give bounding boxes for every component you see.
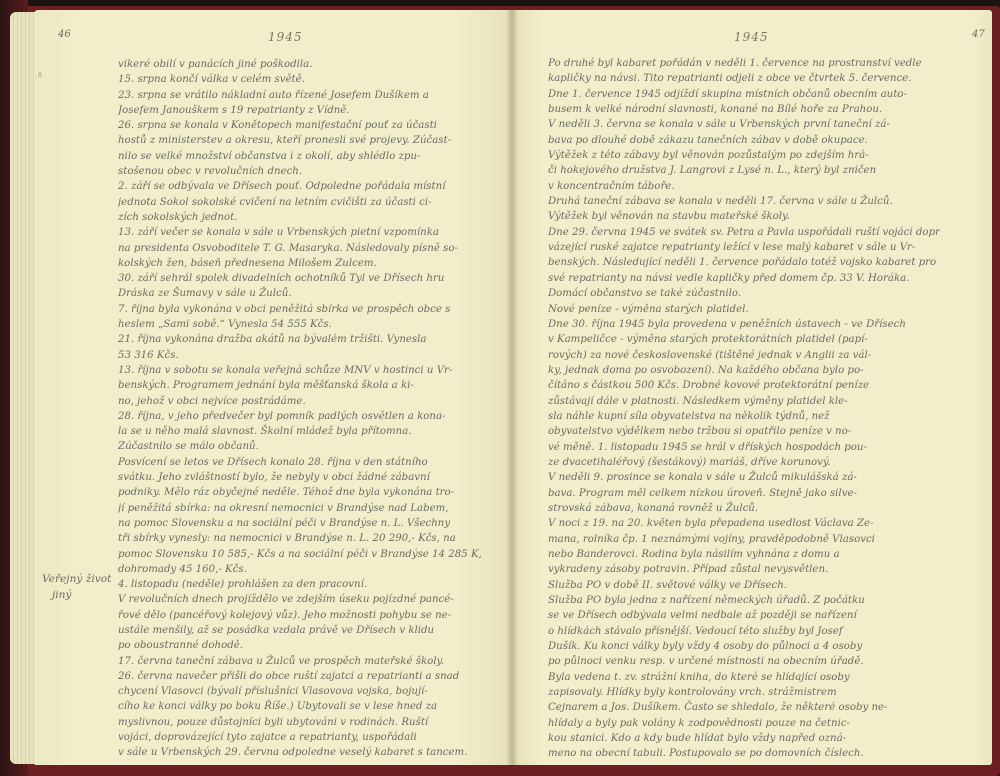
text-line: Po druhé byl kabaret pořádán v neděli 1.… [548, 56, 940, 71]
text-line: Zúčastnilo se málo občanů. [118, 439, 510, 454]
text-line: Posvícení se letos ve Dřísech konalo 28.… [118, 455, 510, 470]
text-line: v sále u Vrbenských 29. června odpoledne… [118, 745, 510, 760]
text-line: Byla vedena t. zv. strážní kniha, do kte… [548, 670, 940, 685]
text-line: kapličky na návsi. Tito repatrianti odje… [548, 71, 940, 86]
text-line: myslivnou, pouze důstojníci byli ubytová… [118, 715, 510, 730]
text-line: Dráska ze Šumavy v sále u Žulců. [118, 286, 510, 301]
text-line: hostů z ministerstev a okresu, kteří pro… [118, 133, 510, 148]
text-line: ze dvacetihaléřový (šestákový) mariáš, d… [548, 455, 940, 470]
text-line: Služba PO byla jedna z nařízení německýc… [548, 593, 940, 608]
right-page-year: 1945 [734, 30, 769, 44]
margin-note-line: Veřejný život [42, 571, 111, 587]
text-line: Výtěžek z této zábavy byl věnován pozůst… [548, 148, 940, 163]
text-line: ky, jednak doma po osvobození). Na každé… [548, 363, 940, 378]
text-line: na presidenta Osvoboditele T. G. Masaryk… [118, 241, 510, 256]
text-line: vykradeny zásoby potravin. Případ zůstal… [548, 562, 940, 577]
left-page: 46 1945 8 vikeré obilí v panácích jiné p… [34, 10, 512, 765]
text-line: busem k velké národní slavnosti, konané … [548, 102, 940, 117]
text-line: 30. září sehrál spolek divadelních ochot… [118, 271, 510, 286]
text-line: podniky. Mělo ráz obyčejné neděle. Téhož… [118, 485, 510, 500]
text-line: Druhá taneční zábava se konala v neděli … [548, 194, 940, 209]
text-line: v Kampeličce - výměna starých protektorá… [548, 332, 940, 347]
text-line: 13. října v sobotu se konala veřejná sch… [118, 363, 510, 378]
text-line: rových) za nové československé (tištěné … [548, 348, 940, 363]
text-line: Nové peníze - výměna starých platidel. [548, 302, 940, 317]
text-line: meno na obecní tabuli. Postupovalo se po… [548, 746, 940, 761]
text-line: dohromady 45 160,- Kčs. [118, 562, 510, 577]
book-gutter [506, 10, 518, 765]
text-line: nilo se velké množství občanstva i z oko… [118, 149, 510, 164]
text-line: bava po dlouhé době zákazu tanečních záb… [548, 133, 940, 148]
right-page: 1945 47 Po druhé byl kabaret pořádán v n… [512, 10, 992, 765]
text-line: ustále menšily, až se posádka vzdala prá… [118, 623, 510, 638]
text-line: 7. října byla vykonána v obci peněžitá s… [118, 302, 510, 317]
text-line: mana, rolníka čp. 1 neznámými vojíny, pr… [548, 532, 940, 547]
text-line: V noci z 19. na 20. květen byla přepaden… [548, 516, 940, 531]
text-line: 26. června navečer přišli do obce ruští … [118, 669, 510, 684]
text-line: čítáno s částkou 500 Kčs. Drobné kovové … [548, 378, 940, 393]
text-line: po oboustranné dohodě. [118, 638, 510, 653]
text-line: Výtěžek byl věnován na stavbu mateřské š… [548, 209, 940, 224]
text-line: v koncentračním táboře. [548, 179, 940, 194]
text-line: Dne 29. června 1945 ve svátek sv. Petra … [548, 225, 940, 240]
margin-note: Veřejný život jiný [42, 571, 111, 603]
text-line: Služba PO v době II. světové války ve Dř… [548, 578, 940, 593]
text-line: benských. Následující neděli 1. července… [548, 255, 940, 270]
text-line: tři sbírky vynesly: na nemocnici v Brand… [118, 531, 510, 546]
text-line: Cejnarem a Jos. Dušíkem. Často se shleda… [548, 700, 940, 715]
text-line: strovská zábava, konaná rovněž u Žulců. [548, 501, 940, 516]
text-line: Josefem Janouškem s 19 repatrianty z Víd… [118, 103, 510, 118]
text-line: 53 316 Kčs. [118, 348, 510, 363]
text-line: Dne 30. října 1945 byla provedena v peně… [548, 317, 940, 332]
text-line: V revolučních dnech projíždělo ve zdejší… [118, 592, 510, 607]
text-line: o hlídkách stávalo přísnější. Vedoucí té… [548, 624, 940, 639]
left-page-year: 1945 [268, 30, 303, 44]
text-line: nebo Banderovci. Rodina byla násilím vyh… [548, 547, 940, 562]
text-line: 2. září se odbývala ve Dřísech pouť. Odp… [118, 179, 510, 194]
text-line: 21. října vykonána dražba akátů na býval… [118, 332, 510, 347]
left-page-text: vikeré obilí v panácích jiné poškodila.1… [118, 57, 510, 761]
text-line: Dne 1. července 1945 odjíždí skupina mís… [548, 87, 940, 102]
text-line: sla náhle kupní síla obyvatelstva na něk… [548, 409, 940, 424]
text-line: 23. srpna se vrátilo nákladní auto řízen… [118, 88, 510, 103]
text-line: 26. srpna se konala v Konětopech manifes… [118, 118, 510, 133]
text-line: bava. Program měl celkem nízkou úroveň. … [548, 486, 940, 501]
text-line: vázející ruské zajatce repatrianty ležíc… [548, 240, 940, 255]
text-line: la se u něho malá slavnost. Školní mláde… [118, 424, 510, 439]
text-line: zích sokolských jednot. [118, 210, 510, 225]
text-line: V neděli 3. června se konala v sále u Vr… [548, 117, 940, 132]
text-line: jednota Sokol sokolské cvičení na letním… [118, 195, 510, 210]
right-page-number: 47 [972, 29, 985, 40]
left-page-number: 46 [58, 29, 71, 40]
text-line: po půlnoci venku resp. v určené místnost… [548, 654, 940, 669]
text-line: řové dělo (pancéřový kolejový vůz). Jeho… [118, 608, 510, 623]
text-line: Dušík. Ku konci války byly vždy 4 osoby … [548, 639, 940, 654]
text-line: no, jehož v obci nejvíce postrádáme. [118, 394, 510, 409]
text-line: své repatrianty na návsi vedle kapličky … [548, 271, 940, 286]
text-line: kou stanici. Kdo a kdy bude hlídat bylo … [548, 731, 940, 746]
text-line: 17. června taneční zábava u Žulců ve pro… [118, 654, 510, 669]
text-line: 4. listopadu (neděle) prohlášen za den p… [118, 577, 510, 592]
text-line: V neděli 9. prosince se konala v sále u … [548, 470, 940, 485]
text-line: cího ke konci války po boku Říše.) Ubyto… [118, 699, 510, 714]
text-line: 28. října, v jeho předvečer byl pomník p… [118, 409, 510, 424]
text-line: zapisovaly. Hlídky byly kontrolovány vrc… [548, 685, 940, 700]
margin-note-line: jiný [42, 587, 111, 603]
text-line: 15. srpna končí válka v celém světě. [118, 72, 510, 87]
text-line: zůstávají dále v platnosti. Následkem vý… [548, 394, 940, 409]
text-line: pomoc Slovensku 10 585,- Kčs a na sociál… [118, 547, 510, 562]
text-line: obyvatelstvo výdělkem nebo tržbou si opa… [548, 424, 940, 439]
text-line: vojáci, doprovázející tyto zajatce a rep… [118, 730, 510, 745]
edge-mark: 8 [38, 72, 42, 79]
text-line: heslem „Sami sobě.“ Vynesla 54 555 Kčs. [118, 317, 510, 332]
text-line: benských. Programem jednání byla měšťans… [118, 378, 510, 393]
text-line: hlídaly a byly pak volány k zodpovědnost… [548, 716, 940, 731]
text-line: vé měně. 1. listopadu 1945 se hrál v dří… [548, 440, 940, 455]
text-line: se ve Dřísech odbývala velmi nedbale až … [548, 608, 940, 623]
text-line: vikeré obilí v panácích jiné poškodila. [118, 57, 510, 72]
text-line: 13. září večer se konala v sále u Vrbens… [118, 225, 510, 240]
right-page-text: Po druhé byl kabaret pořádán v neděli 1.… [548, 56, 940, 762]
text-line: Domácí občanstvo se také zúčastnilo. [548, 286, 940, 301]
text-line: na pomoc Slovensku a na sociální péči v … [118, 516, 510, 531]
text-line: stošenou obec v revolučních dnech. [118, 164, 510, 179]
text-line: svátku. Jeho zvláštností bylo, že nebyly… [118, 470, 510, 485]
text-line: či hokejového družstva J. Langrovi z Lys… [548, 163, 940, 178]
text-line: jí peněžitá sbírka: na okresní nemocnici… [118, 501, 510, 516]
text-line: kolských žen, báseň přednesena Milošem Z… [118, 256, 510, 271]
text-line: chycení Vlasovci (bývalí příslušníci Vla… [118, 684, 510, 699]
